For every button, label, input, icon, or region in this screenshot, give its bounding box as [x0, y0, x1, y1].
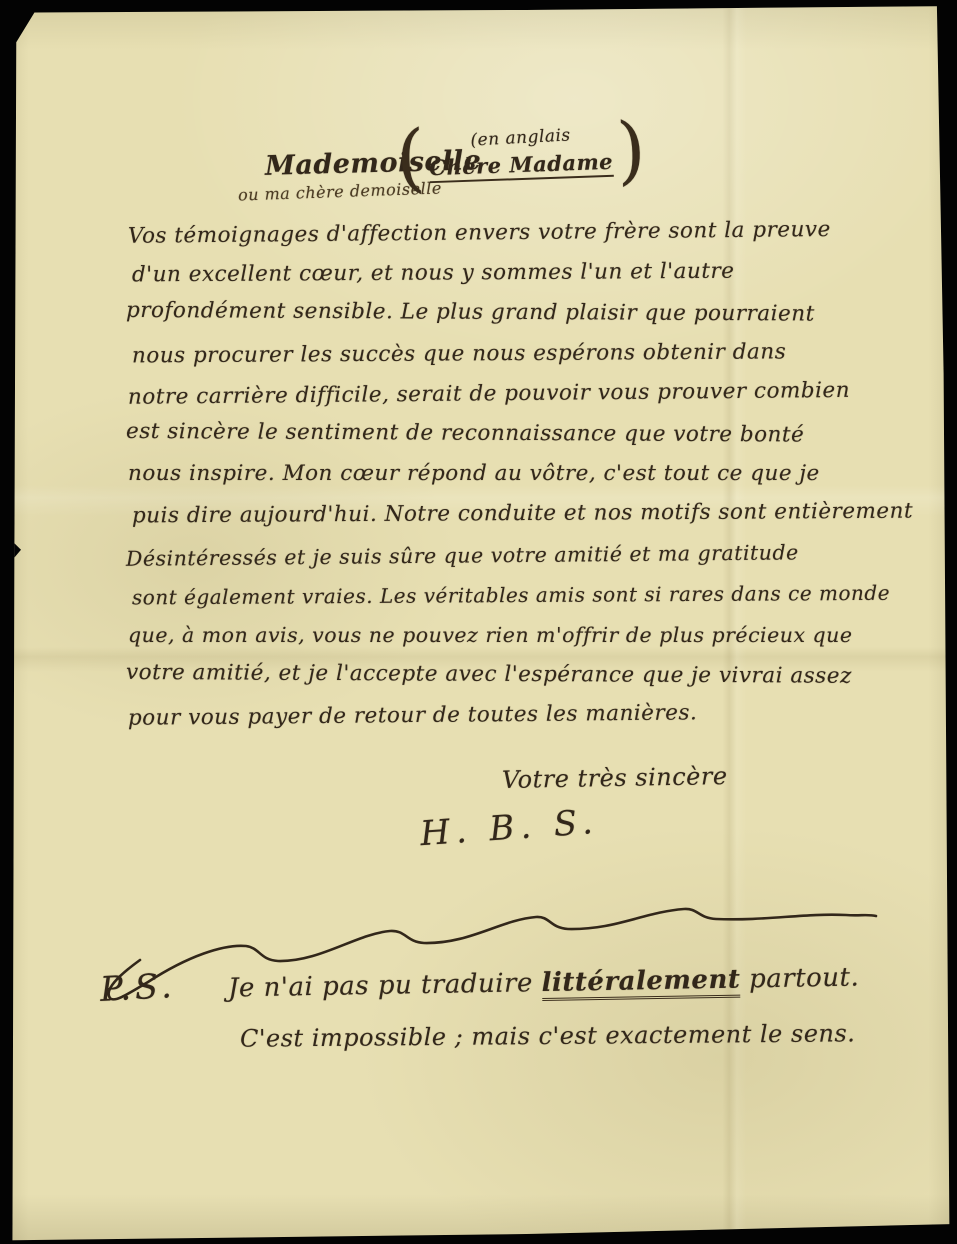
letter-photograph: Mademoiselle ou ma chère demoiselle ( (e… — [0, 0, 957, 1244]
body-line: sont également vraies. Les véritables am… — [132, 575, 918, 620]
body-line: profondément sensible. Le plus grand pla… — [126, 294, 918, 338]
postscript-text-pre: Je n'ai pas pu traduire — [228, 968, 542, 1003]
closing-valediction: Votre très sincère — [502, 762, 728, 794]
body-line: que, à mon avis, vous ne pouvez rien m'o… — [128, 618, 918, 658]
letter-body: Vos témoignages d'affection envers votre… — [128, 216, 918, 738]
body-line: pour vous payer de retour de toutes les … — [128, 694, 918, 742]
signature-initials: H. B. S. — [419, 802, 600, 854]
postscript-underlined-word: littéralement — [541, 965, 740, 1001]
postscript-text-post: partout. — [740, 962, 859, 994]
postscript-label: P.S. — [99, 966, 177, 1010]
body-line: d'un excellent cœur, et nous y sommes l'… — [132, 254, 918, 299]
letter-page: Mademoiselle ou ma chère demoiselle ( (e… — [0, 0, 957, 1244]
body-line: puis dire aujourd'hui. Notre conduite et… — [132, 495, 918, 540]
body-line: est sincère le sentiment de reconnaissan… — [126, 415, 918, 459]
body-line: notre carrière difficile, serait de pouv… — [128, 373, 918, 421]
body-line: nous inspire. Mon cœur répond au vôtre, … — [128, 457, 918, 497]
annotation-language-note: (en anglais — [470, 125, 571, 150]
close-parenthesis: ) — [616, 118, 647, 183]
body-line: Désintéressés et je suis sûre que votre … — [126, 534, 918, 582]
body-line: Vos témoignages d'affection envers votre… — [128, 212, 918, 260]
paper-edge-tear — [9, 538, 21, 564]
postscript-line-2: C'est impossible ; mais c'est exactement… — [240, 1019, 856, 1052]
body-line: nous procurer les succès que nous espéro… — [132, 334, 918, 379]
english-annotation: ( (en anglais Chère Madame ) — [395, 118, 647, 191]
flourish-line — [88, 898, 888, 1018]
body-line: votre amitié, et je l'accepte avec l'esp… — [126, 656, 918, 700]
annotation-translated-salutation: Chère Madame — [429, 149, 614, 183]
open-parenthesis: ( — [395, 125, 426, 190]
flourish-stroke — [88, 898, 888, 1018]
